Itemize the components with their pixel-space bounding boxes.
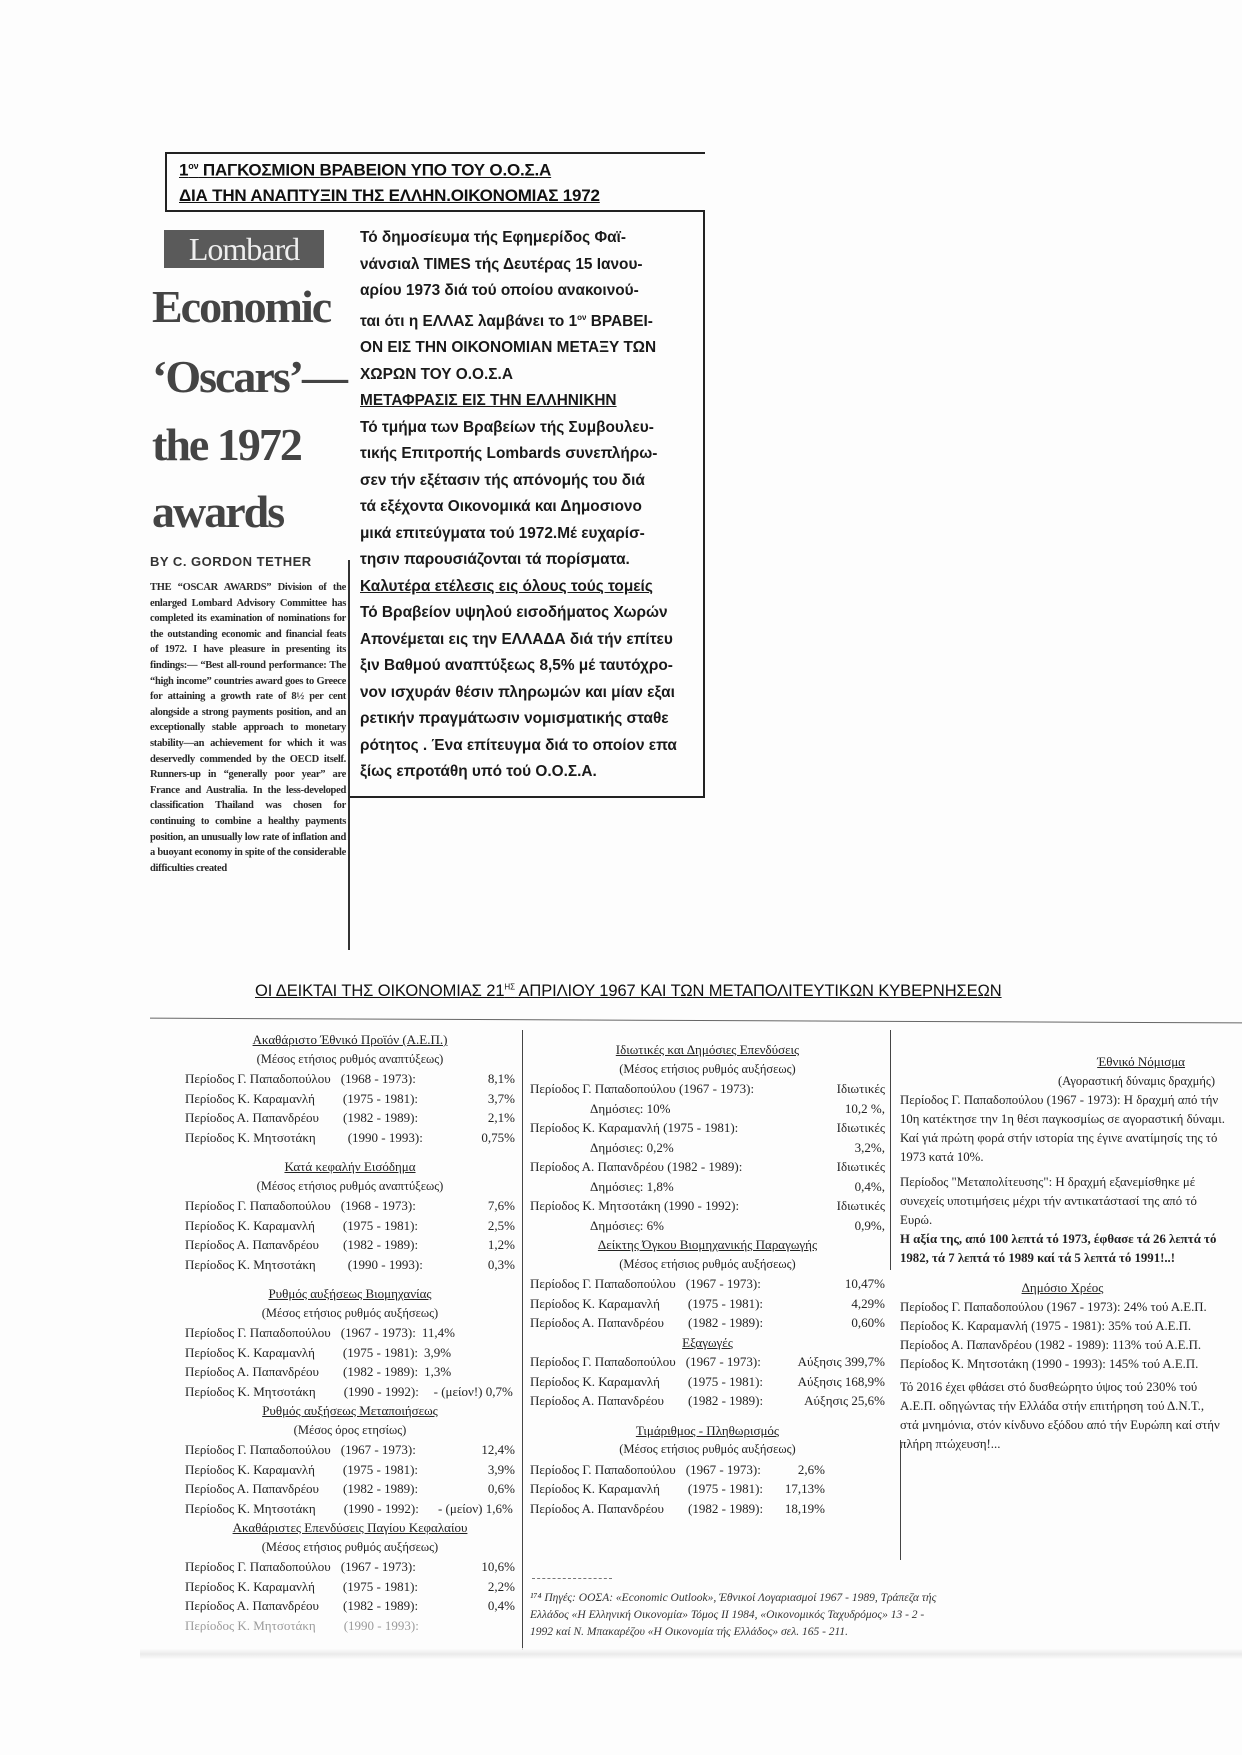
translation-line: τικής Επιτροπής Lombards συνεπλήρω- — [360, 441, 705, 468]
indicator-row: Περίοδος Κ. Καραμανλή(1975 - 1981):3,7% — [185, 1089, 515, 1109]
indicator-row: Περίοδος Γ. Παπαδοπούλου(1967 - 1973):10… — [185, 1557, 515, 1577]
clipping-byline: BY C. GORDON TETHER — [150, 554, 312, 569]
indicator-row: Περίοδος Γ. Παπαδοπούλου(1968 - 1973):8,… — [185, 1069, 515, 1089]
indicator-subheading: (Αγοραστική δύναμις δραχμής) — [900, 1072, 1225, 1092]
column-divider — [900, 1440, 901, 1560]
clipping-headline-2: ‘Oscars’— — [152, 352, 346, 402]
indicator-heading: Ρυθμός αυξήσεως Βιομηχανίας — [185, 1284, 515, 1304]
indicator-heading: Ακαθάριστες Επενδύσεις Παγίου Κεφαλαίου — [185, 1518, 515, 1538]
indicators-section-title: ΟΙ ΔΕΙΚΤΑΙ ΤΗΣ ΟΙΚΟΝΟΜΙΑΣ 21ΗΣ ΑΠΡΙΛΙΟΥ … — [255, 982, 1002, 1001]
indicator-row: Περίοδος Γ. Παπαδοπούλου(1967 - 1973):12… — [185, 1440, 515, 1460]
indicator-row: Περίοδος Κ. Καραμανλή(1975 - 1981):3,9% — [185, 1460, 515, 1480]
debt-row: Περίοδος Γ. Παπαδοπούλου (1967 - 1973): … — [900, 1298, 1225, 1317]
indicator-row: Περίοδος Γ. Παπαδοπούλου(1967 - 1973):Αύ… — [530, 1352, 885, 1372]
newspaper-clipping: Lombard Economic ‘Oscars’— the 1972 awar… — [146, 222, 351, 950]
indicator-row: Περίοδος Κ. Μητσοτάκη (1990 - 1992):Ιδιω… — [530, 1196, 885, 1235]
intro-line: ΧΩΡΩΝ ΤΟΥ Ο.Ο.Σ.Α — [360, 362, 705, 389]
indicator-block-investments: Ιδιωτικές και Δημόσιες Επενδύσεις (Μέσος… — [530, 1040, 885, 1235]
indicator-subheading: (Μέσος ετήσιος ρυθμός αυξήσεως) — [530, 1440, 885, 1460]
indicator-row: Περίοδος Α. Παπανδρέου(1982 - 1989):2,1% — [185, 1108, 515, 1128]
indicator-block-industrial-production: Δείκτης Όγκου Βιομηχανικής Παραγωγής (Μέ… — [530, 1235, 885, 1333]
indicator-row: Περίοδος Κ. Καραμανλή(1975 - 1981):3,9% — [185, 1343, 515, 1363]
indicator-row: Περίοδος Κ. Καραμανλή(1975 - 1981):2,2% — [185, 1577, 515, 1597]
clipping-headline-3: the 1972 — [152, 420, 301, 470]
article-title-line-2: ΔΙΑ ΤΗΝ ΑΝΑΠΤΥΞΙΝ ΤΗΣ ΕΛΛΗΝ.ΟΙΚΟΝΟΜΙΑΣ 1… — [167, 183, 705, 208]
indicator-heading: Ακαθάριστο Έθνικό Προϊόν (Α.Ε.Π.) — [185, 1030, 515, 1050]
translation-line: Τό τμήμα των Βραβείων τής Συμβουλευ- — [360, 415, 705, 442]
indicator-block-industry-growth: Ρυθμός αυξήσεως Βιομηχανίας (Μέσος ετήσι… — [185, 1284, 515, 1401]
indicator-row: Περίοδος Γ. Παπαδοπούλου(1967 - 1973):11… — [185, 1323, 515, 1343]
indicator-subheading: (Μέσος ετήσιος ρυθμός αυξήσεως) — [530, 1255, 885, 1275]
sources-footnote: ¹⁷⁴ Πηγές: ΟΟΣΑ: «Economic Outlook», Έθν… — [530, 1590, 950, 1641]
clipping-masthead: Lombard — [164, 230, 324, 268]
indicator-row: Περίοδος Α. Παπανδρέου(1982 - 1989):1,3% — [185, 1362, 515, 1382]
best-line: ρετικήν πραγμάτωσιν νομισματικής σταθε — [360, 706, 705, 733]
column-divider — [890, 1030, 891, 1270]
currency-paragraph: Η αξία της, από 100 λεπτά τό 1973, έφθασ… — [900, 1230, 1225, 1268]
best-line: ρότητος . Ένα επίτευγμα διά το οποίον επ… — [360, 733, 705, 760]
indicator-block-per-capita-income: Κατά κεφαλήν Εισόδημα (Μέσος ετήσιος ρυθ… — [185, 1157, 515, 1274]
article-title-box: 1ον ΠΑΓΚΟΣΜΙΟΝ ΒΡΑΒΕΙΟΝ ΥΠΟ ΤΟΥ Ο.Ο.Σ.Α … — [165, 152, 705, 210]
indicator-row: Περίοδος Α. Παπανδρέου(1982 - 1989):18,1… — [530, 1499, 885, 1519]
indicator-block-inflation: Τιμάριθμος - Πληθωρισμός (Μέσος ετήσιος … — [530, 1421, 885, 1519]
indicator-row: Περίοδος Κ. Μητσοτάκη(1990 - 1993):0,75% — [185, 1128, 515, 1148]
indicator-row: Περίοδος Γ. Παπαδοπούλου(1968 - 1973):7,… — [185, 1196, 515, 1216]
indicator-heading: Εξαγωγές — [530, 1333, 885, 1353]
indicator-row: Περίοδος Κ. Καραμανλή(1975 - 1981):Αύξησ… — [530, 1372, 885, 1392]
column-divider — [522, 1030, 523, 1650]
intro-line: ται ότι η ΕΛΛΑΣ λαμβάνει το 1ον ΒΡΑΒΕΙ- — [360, 305, 705, 336]
indicator-block-gdp: Ακαθάριστο Έθνικό Προϊόν (Α.Ε.Π.) (Μέσος… — [185, 1030, 515, 1147]
indicator-row: Περίοδος Γ. Παπαδοπούλου(1967 - 1973):10… — [530, 1274, 885, 1294]
indicator-row: Περίοδος Κ. Μητσοτάκη(1990 - 1993):0,3% — [185, 1255, 515, 1275]
greek-article-text: Τό δημοσίευμα τής Εφημερίδος Φαϊ- νάνσια… — [360, 225, 705, 786]
indicator-row: Περίοδος Α. Παπανδρέου (1982 - 1989):Ιδι… — [530, 1157, 885, 1196]
best-line: Απονέμεται εις την ΕΛΛΑΔΑ διά τήν επίτευ — [360, 627, 705, 654]
indicator-subheading: (Μέσος όρος ετησίως) — [185, 1421, 515, 1441]
indicator-row: Περίοδος Κ. Καραμανλή(1975 - 1981):4,29% — [530, 1294, 885, 1314]
debt-row: Περίοδος Κ. Μητσοτάκη (1990 - 1993): 145… — [900, 1355, 1225, 1374]
intro-line: αρίου 1973 διά τού οποίου ανακοινού- — [360, 278, 705, 305]
indicator-row: Περίοδος Α. Παπανδρέου(1982 - 1989):0,4% — [185, 1596, 515, 1616]
indicator-row: Περίοδος Κ. Μητσοτάκη(1990 - 1993): — [185, 1616, 515, 1636]
indicator-row: Περίοδος Γ. Παπαδοπούλου (1967 - 1973):Ι… — [530, 1079, 885, 1118]
indicator-block-public-debt: Δημόσιο Χρέος Περίοδος Γ. Παπαδοπούλου (… — [900, 1278, 1225, 1454]
indicator-row: Περίοδος Α. Παπανδρέου(1982 - 1989):0,6% — [185, 1479, 515, 1499]
indicator-row: Περίοδος Κ. Μητσοτάκη(1990 - 1992):- (με… — [185, 1499, 515, 1519]
indicator-subheading: (Μέσος ετήσιος ρυθμός αυξήσεως) — [185, 1304, 515, 1324]
title-divider — [165, 210, 705, 212]
debt-row: Περίοδος Κ. Καραμανλή (1975 - 1981): 35%… — [900, 1317, 1225, 1336]
indicator-subheading: (Μέσος ετήσιος ρυθμός αυξήσεως) — [530, 1060, 885, 1080]
indicator-row: Περίοδος Α. Παπανδρέου(1982 - 1989):0,60… — [530, 1313, 885, 1333]
debt-row: Περίοδος Α. Παπανδρέου (1982 - 1989): 11… — [900, 1336, 1225, 1355]
indicator-block-manufacturing-growth: Ρυθμός αυξήσεως Μεταποιήσεως (Μέσος όρος… — [185, 1401, 515, 1518]
intro-line: Τό δημοσίευμα τής Εφημερίδος Φαϊ- — [360, 225, 705, 252]
indicator-block-currency: Έθνικό Νόμισμα (Αγοραστική δύναμις δραχμ… — [900, 1052, 1225, 1268]
indicator-row: Περίοδος Κ. Καραμανλή(1975 - 1981):2,5% — [185, 1216, 515, 1236]
best-performance-heading: Καλυτέρα ετέλεσις εις όλους τούς τομείς — [360, 574, 705, 601]
translation-line: τά εξέχοντα Οικονομικά και Δημοσιονο — [360, 494, 705, 521]
article-title-line-1: 1ον ΠΑΓΚΟΣΜΙΟΝ ΒΡΑΒΕΙΟΝ ΥΠΟ ΤΟΥ Ο.Ο.Σ.Α — [167, 154, 705, 183]
article-box-border — [350, 796, 705, 798]
indicators-column-3: Έθνικό Νόμισμα (Αγοραστική δύναμις δραχμ… — [900, 1052, 1225, 1454]
indicators-column-1: Ακαθάριστο Έθνικό Προϊόν (Α.Ε.Π.) (Μέσος… — [185, 1030, 515, 1635]
clipping-divider — [348, 560, 350, 950]
best-line: νον ισχυράν θέσιν πληρωμών και μίαν εξαι — [360, 680, 705, 707]
article-box-border — [703, 210, 705, 798]
best-line: ξίως επροτάθη υπό τού Ο.Ο.Σ.Α. — [360, 759, 705, 786]
indicator-heading: Τιμάριθμος - Πληθωρισμός — [530, 1421, 885, 1441]
currency-paragraph: Περίοδος Γ. Παπαδοπούλου (1967 - 1973): … — [900, 1091, 1225, 1167]
indicator-heading: Ρυθμός αυξήσεως Μεταποιήσεως — [185, 1401, 515, 1421]
translation-line: μικά επιτεύγματα τού 1972.Μέ ευχαρίσ- — [360, 521, 705, 548]
indicator-row: Περίοδος Κ. Μητσοτάκη(1990 - 1992):- (με… — [185, 1382, 515, 1402]
clipping-headline-1: Economic — [152, 282, 330, 332]
indicator-row: Περίοδος Α. Παπανδρέου(1982 - 1989):Αύξη… — [530, 1391, 885, 1411]
indicator-row: Περίοδος Κ. Καραμανλή (1975 - 1981):Ιδιω… — [530, 1118, 885, 1157]
footnote-divider — [532, 1578, 612, 1579]
clipping-headline-4: awards — [152, 487, 283, 537]
indicator-row: Περίοδος Α. Παπανδρέου(1982 - 1989):1,2% — [185, 1235, 515, 1255]
indicator-subheading: (Μέσος ετήσιος ρυθμός αναπτύξεως) — [185, 1050, 515, 1070]
indicator-row: Περίοδος Γ. Παπαδοπούλου(1967 - 1973):2,… — [530, 1460, 885, 1480]
indicator-heading: Δημόσιο Χρέος — [900, 1278, 1225, 1298]
intro-line: νάνσιαλ TIMES τής Δευτέρας 15 Ιανου- — [360, 252, 705, 279]
indicator-heading: Δείκτης Όγκου Βιομηχανικής Παραγωγής — [530, 1235, 885, 1255]
indicator-heading: Έθνικό Νόμισμα — [900, 1052, 1225, 1072]
indicators-column-2: Ιδιωτικές και Δημόσιες Επενδύσεις (Μέσος… — [530, 1040, 885, 1518]
indicator-block-fixed-capital-investment: Ακαθάριστες Επενδύσεις Παγίου Κεφαλαίου … — [185, 1518, 515, 1635]
section-divider — [150, 1018, 1242, 1024]
indicator-row: Περίοδος Κ. Καραμανλή(1975 - 1981):17,13… — [530, 1479, 885, 1499]
translation-line: σεν τήν εξέτασιν τής απόνομής του διά — [360, 468, 705, 495]
debt-closing-paragraph: Τό 2016 έχει φθάσει στό δυσθεώρητο ύψος … — [900, 1378, 1225, 1454]
intro-line: ΟΝ ΕΙΣ ΤΗΝ ΟΙΚΟΝΟΜΙΑΝ ΜΕΤΑΞΥ ΤΩΝ — [360, 335, 705, 362]
best-line: ξιν Βαθμού αναπτύξεως 8,5% μέ ταυτόχρο- — [360, 653, 705, 680]
indicator-subheading: (Μέσος ετήσιος ρυθμός αναπτύξεως) — [185, 1177, 515, 1197]
best-line: Τό Βραβείον υψηλού εισοδήματος Χωρών — [360, 600, 705, 627]
clipping-body: THE “OSCAR AWARDS” Division of the enlar… — [150, 580, 346, 876]
indicator-heading: Ιδιωτικές και Δημόσιες Επενδύσεις — [530, 1040, 885, 1060]
indicator-heading: Κατά κεφαλήν Εισόδημα — [185, 1157, 515, 1177]
currency-paragraph: Περίοδος "Μεταπολίτευσης": Η δραχμή εξαν… — [900, 1173, 1225, 1230]
indicator-subheading: (Μέσος ετήσιος ρυθμός αυξήσεως) — [185, 1538, 515, 1558]
scan-artifact — [140, 1648, 1242, 1660]
translation-heading: ΜΕΤΑΦΡΑΣΙΣ ΕΙΣ ΤΗΝ ΕΛΛΗΝΙΚΗΝ — [360, 388, 705, 415]
indicator-block-exports: Εξαγωγές Περίοδος Γ. Παπαδοπούλου(1967 -… — [530, 1333, 885, 1411]
translation-line: τησιν παρουσιάζονται τά πορίσματα. — [360, 547, 705, 574]
